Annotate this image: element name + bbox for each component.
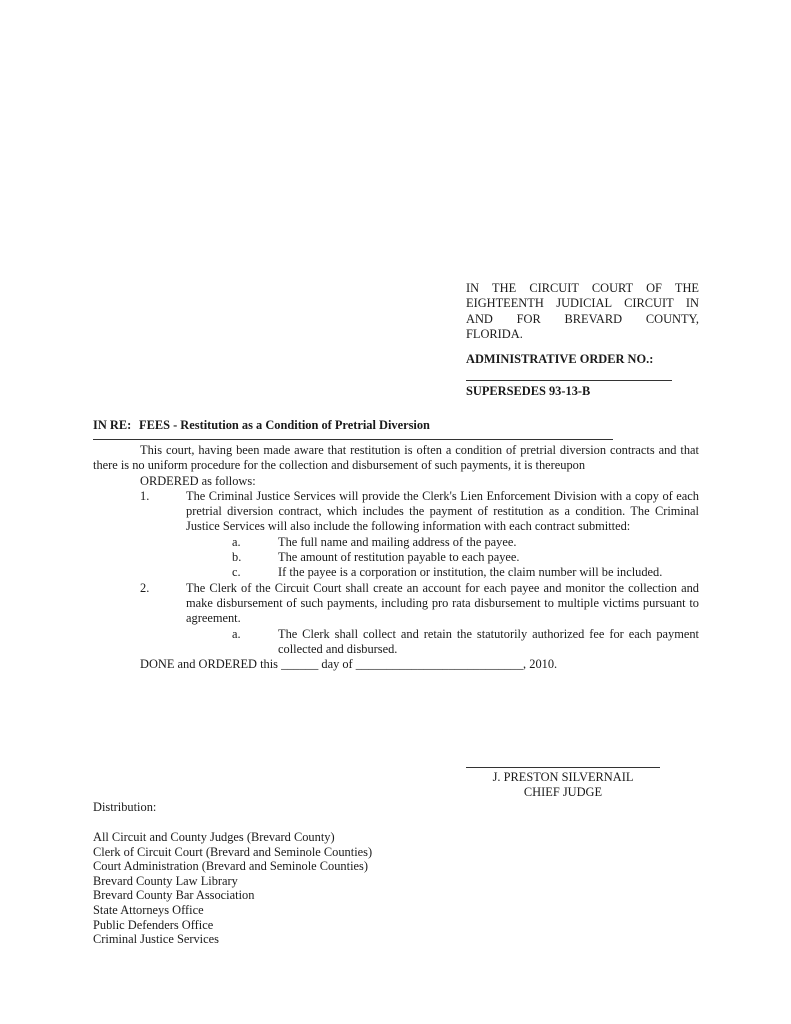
distribution-list: All Circuit and County Judges (Brevard C… — [93, 830, 372, 947]
judge-name: J. PRESTON SILVERNAIL — [466, 770, 660, 785]
item-text: The Criminal Justice Services will provi… — [186, 489, 699, 535]
distribution-recipient: Brevard County Law Library — [93, 874, 372, 889]
in-re-subject: FEES - Restitution as a Condition of Pre… — [139, 418, 430, 432]
subitem-text: The amount of restitution payable to eac… — [278, 550, 699, 565]
subitem-letter: c. — [232, 565, 278, 580]
distribution-recipient: Public Defenders Office — [93, 918, 372, 933]
caption-line: EIGHTEENTH JUDICIAL CIRCUIT IN — [466, 296, 699, 311]
item-number: 2. — [93, 581, 186, 627]
order-body: This court, having been made aware that … — [93, 443, 699, 672]
distribution-recipient: Court Administration (Brevard and Semino… — [93, 859, 372, 874]
subitem-letter: a. — [232, 627, 278, 658]
distribution-recipient: Clerk of Circuit Court (Brevard and Semi… — [93, 845, 372, 860]
order-number-blank — [466, 380, 672, 381]
supersedes-label: SUPERSEDES 93-13-B — [466, 384, 590, 399]
subitem-text: The Clerk shall collect and retain the s… — [278, 627, 699, 658]
order-subitem: a. The Clerk shall collect and retain th… — [93, 627, 699, 658]
item-number: 1. — [93, 489, 186, 535]
distribution-recipient: All Circuit and County Judges (Brevard C… — [93, 830, 372, 845]
subitem-letter: a. — [232, 535, 278, 550]
distribution-recipient: Brevard County Bar Association — [93, 888, 372, 903]
divider-rule — [93, 439, 613, 440]
court-caption: IN THE CIRCUIT COURT OF THE EIGHTEENTH J… — [466, 281, 699, 342]
order-subitem: c. If the payee is a corporation or inst… — [93, 565, 699, 580]
caption-line: FLORIDA. — [466, 327, 699, 342]
order-subitem: a. The full name and mailing address of … — [93, 535, 699, 550]
caption-line: IN THE CIRCUIT COURT OF THE — [466, 281, 699, 296]
in-re-label: IN RE: — [93, 418, 139, 433]
done-and-ordered-line: DONE and ORDERED this ______ day of ____… — [93, 657, 699, 672]
subitem-text: If the payee is a corporation or institu… — [278, 565, 699, 580]
subitem-letter: b. — [232, 550, 278, 565]
item-text: The Clerk of the Circuit Court shall cre… — [186, 581, 699, 627]
distribution-recipient: State Attorneys Office — [93, 903, 372, 918]
signature-line — [466, 767, 660, 768]
distribution-recipient: Criminal Justice Services — [93, 932, 372, 947]
distribution-label: Distribution: — [93, 800, 156, 815]
subitem-text: The full name and mailing address of the… — [278, 535, 699, 550]
ordered-heading: ORDERED as follows: — [93, 474, 699, 489]
administrative-order-label: ADMINISTRATIVE ORDER NO.: — [466, 352, 653, 367]
order-item: 2. The Clerk of the Circuit Court shall … — [93, 581, 699, 627]
preamble: This court, having been made aware that … — [93, 443, 699, 474]
judge-title: CHIEF JUDGE — [466, 785, 660, 800]
order-item: 1. The Criminal Justice Services will pr… — [93, 489, 699, 535]
in-re-heading: IN RE:FEES - Restitution as a Condition … — [93, 418, 430, 433]
order-subitem: b. The amount of restitution payable to … — [93, 550, 699, 565]
caption-line: AND FOR BREVARD COUNTY, — [466, 312, 699, 327]
